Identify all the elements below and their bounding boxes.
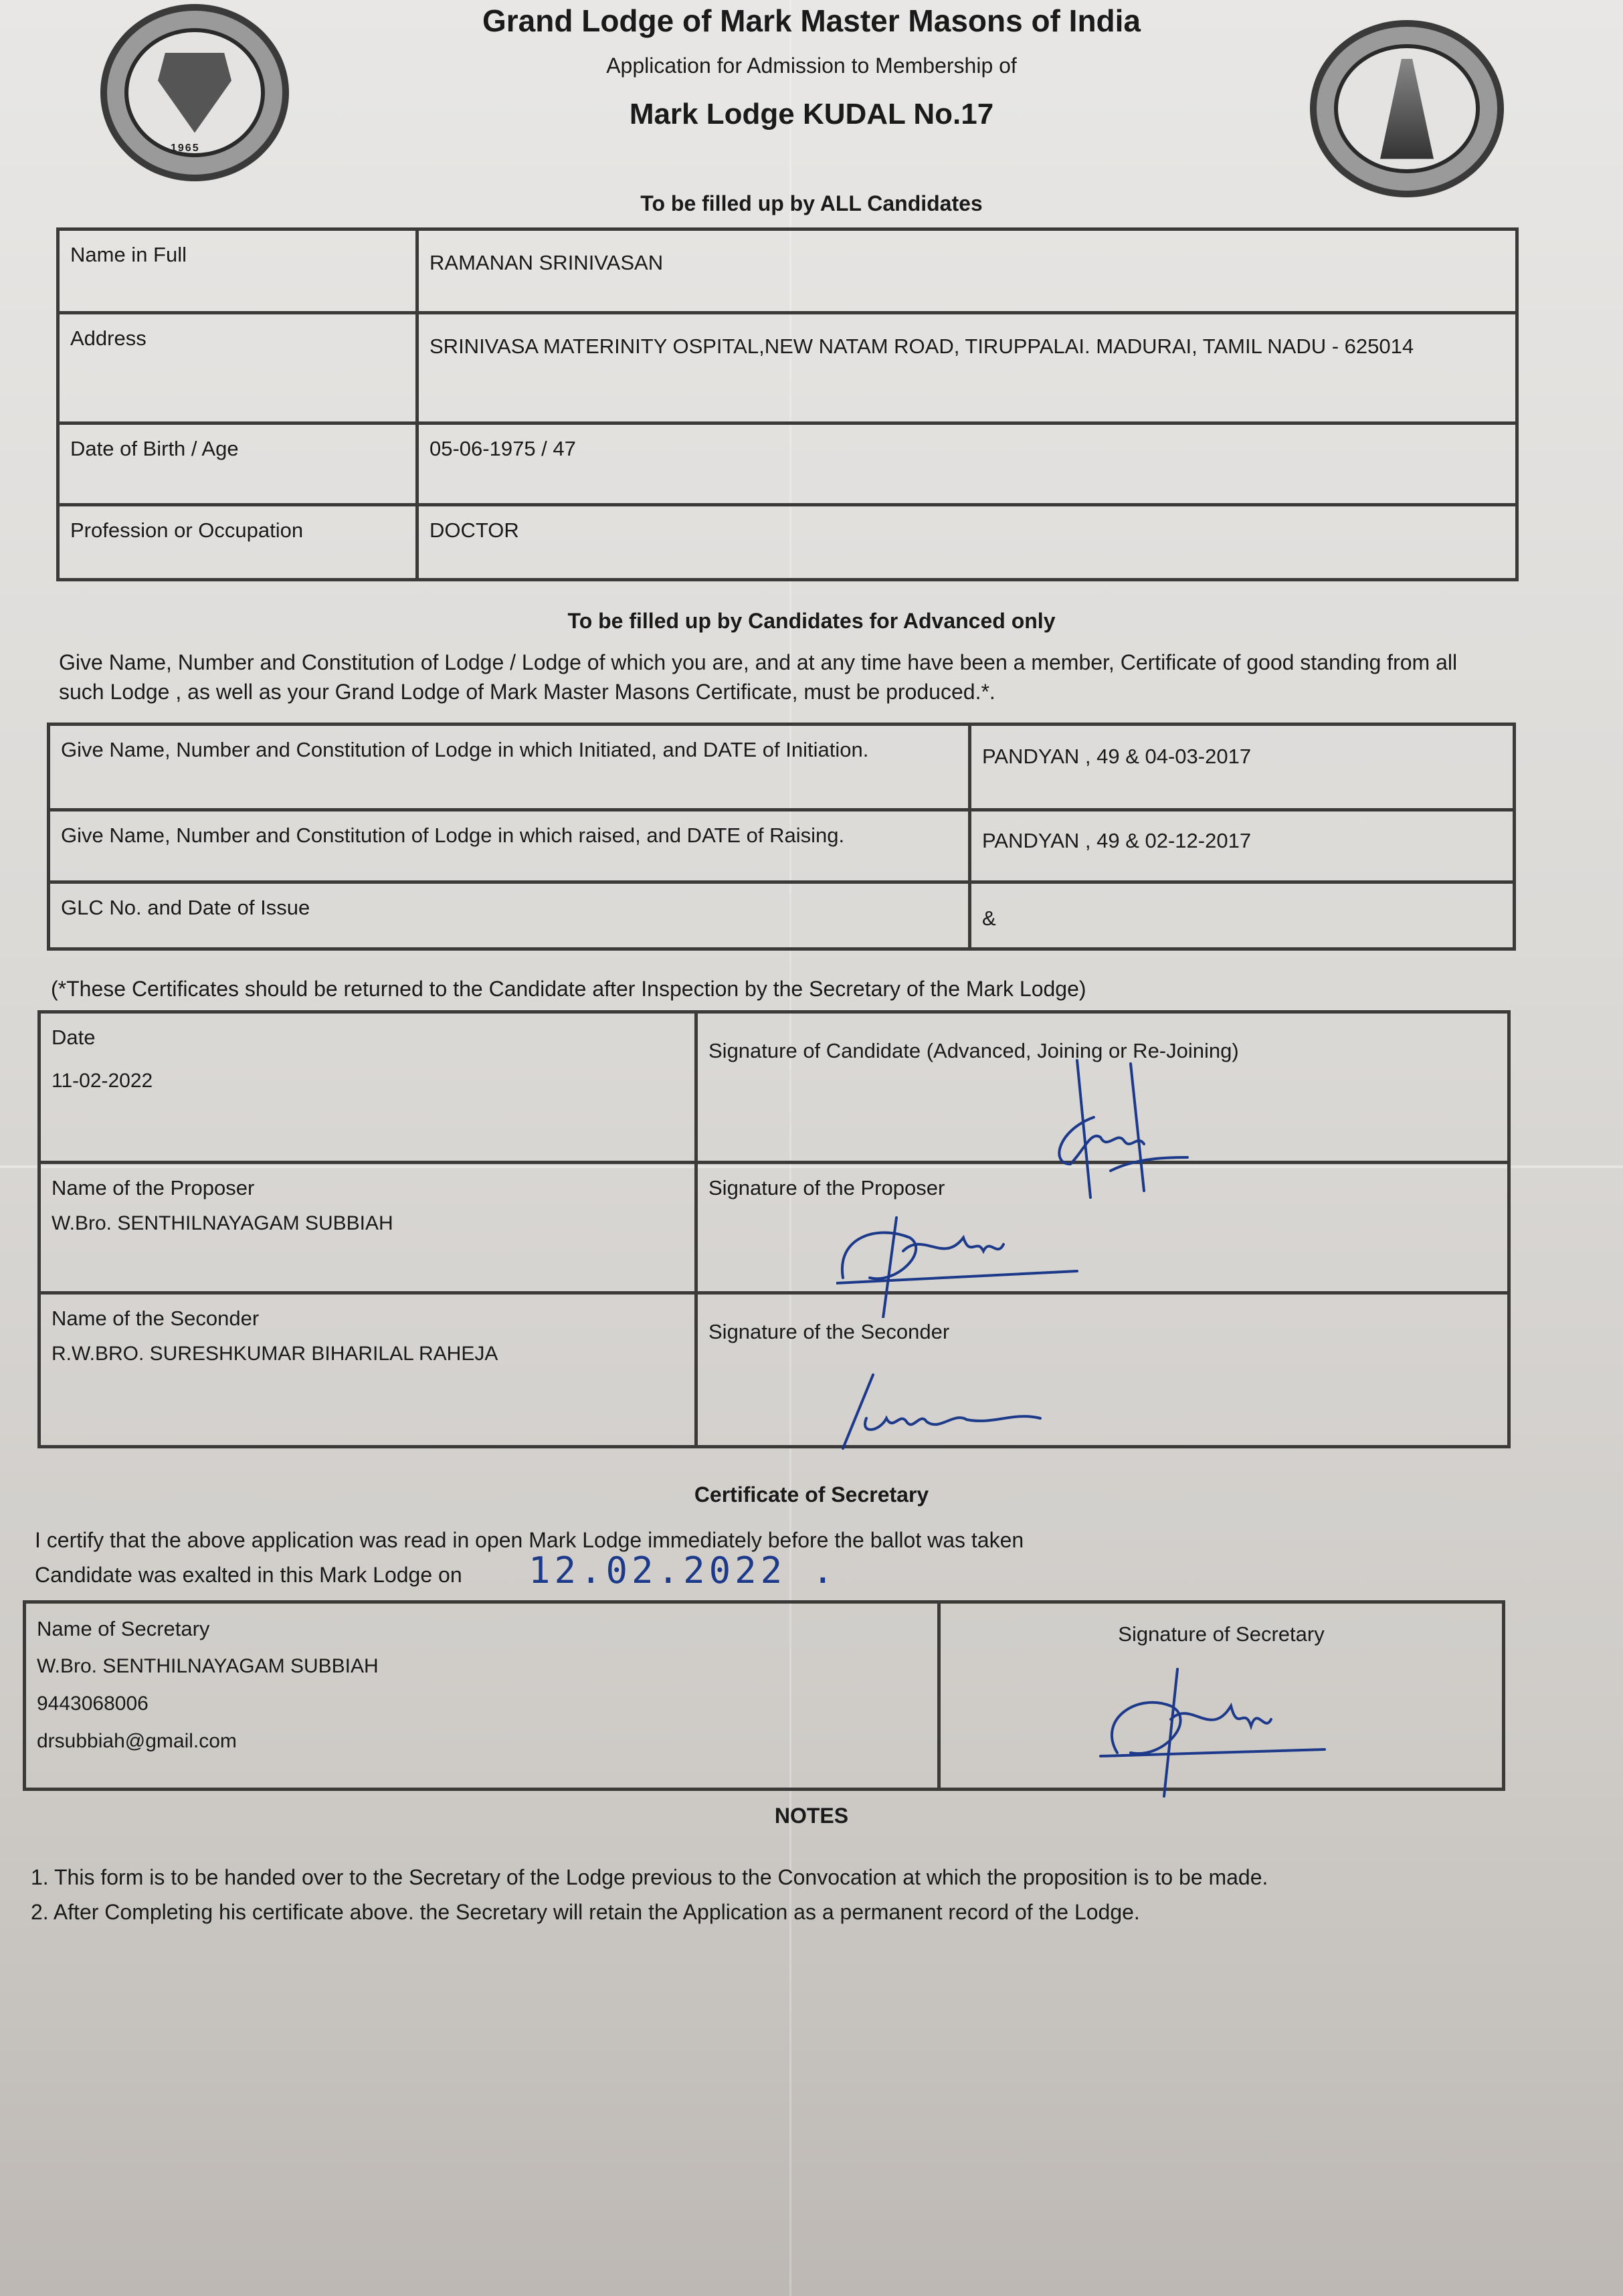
table-row: Profession or Occupation DOCTOR: [58, 505, 1517, 580]
profession-field[interactable]: DOCTOR: [417, 505, 1517, 580]
table-row: GLC No. and Date of Issue &: [49, 882, 1515, 949]
address-field[interactable]: SRINIVASA MATERINITY OSPITAL,NEW NATAM R…: [417, 313, 1517, 423]
secretary-signature-icon: [1097, 1666, 1338, 1800]
note-item-2: 2. After Completing his certificate abov…: [31, 1897, 1503, 1927]
seconder-name-field[interactable]: R.W.BRO. SURESHKUMAR BIHARILAL RAHEJA: [52, 1343, 684, 1365]
date-label: Date: [52, 1026, 684, 1050]
name-in-full-field[interactable]: RAMANAN SRINIVASAN: [417, 229, 1517, 313]
seal-year: 1965: [171, 142, 200, 155]
secretary-phone-field[interactable]: 9443068006: [37, 1685, 927, 1723]
table-row: Date of Birth / Age 05-06-1975 / 47: [58, 423, 1517, 505]
seconder-label: Name of the Seconder: [52, 1307, 684, 1331]
table-row: Name of the Proposer W.Bro. SENTHILNAYAG…: [39, 1163, 1509, 1293]
field-label: Date of Birth / Age: [58, 423, 417, 505]
field-label: Address: [58, 313, 417, 423]
certificates-footnote: (*These Certificates should be returned …: [51, 974, 1509, 1003]
secretary-signature-label: Signature of Secretary: [951, 1622, 1491, 1646]
table-row: Name in Full RAMANAN SRINIVASAN: [58, 229, 1517, 313]
table-row: Give Name, Number and Constitution of Lo…: [49, 810, 1515, 882]
secretary-certificate-heading: Certificate of Secretary: [0, 1482, 1623, 1507]
date-field[interactable]: 11-02-2022: [52, 1070, 684, 1092]
proposer-label: Name of the Proposer: [52, 1176, 684, 1200]
seconder-signature-cell: Signature of the Seconder: [696, 1293, 1509, 1447]
field-label: Name in Full: [58, 229, 417, 313]
seconder-cell: Name of the Seconder R.W.BRO. SURESHKUMA…: [39, 1293, 696, 1447]
section-advanced-heading: To be filled up by Candidates for Advanc…: [0, 609, 1623, 634]
table-row: Date 11-02-2022 Signature of Candidate (…: [39, 1012, 1509, 1163]
candidate-details-table: Name in Full RAMANAN SRINIVASAN Address …: [56, 227, 1519, 581]
secretary-email-field[interactable]: drsubbiah@gmail.com: [37, 1723, 927, 1760]
advanced-details-table: Give Name, Number and Constitution of Lo…: [47, 723, 1516, 951]
field-label: Give Name, Number and Constitution of Lo…: [49, 810, 970, 882]
seconder-signature-icon: [840, 1371, 1094, 1452]
initiation-field[interactable]: PANDYAN , 49 & 04-03-2017: [970, 725, 1515, 810]
raising-field[interactable]: PANDYAN , 49 & 02-12-2017: [970, 810, 1515, 882]
notes-heading: NOTES: [0, 1804, 1623, 1828]
document-subtitle: Application for Admission to Membership …: [0, 54, 1623, 78]
proposer-name-field[interactable]: W.Bro. SENTHILNAYAGAM SUBBIAH: [52, 1212, 684, 1235]
table-row: Give Name, Number and Constitution of Lo…: [49, 725, 1515, 810]
secretary-details-cell: Name of Secretary W.Bro. SENTHILNAYAGAM …: [25, 1602, 939, 1790]
lodge-name: Mark Lodge KUDAL No.17: [0, 98, 1623, 131]
seconder-signature-label: Signature of the Seconder: [708, 1320, 1497, 1344]
candidate-signature-icon: [1044, 1057, 1271, 1218]
table-row: Name of the Seconder R.W.BRO. SURESHKUMA…: [39, 1293, 1509, 1447]
document-title: Grand Lodge of Mark Master Masons of Ind…: [0, 3, 1623, 39]
exalted-text: Candidate was exalted in this Mark Lodge…: [35, 1560, 462, 1590]
signatures-table: Date 11-02-2022 Signature of Candidate (…: [37, 1010, 1511, 1448]
secretary-name-label: Name of Secretary: [37, 1610, 927, 1648]
proposer-signature-icon: [836, 1211, 1090, 1318]
dob-age-field[interactable]: 05-06-1975 / 47: [417, 423, 1517, 505]
date-cell: Date 11-02-2022: [39, 1012, 696, 1163]
field-label: Give Name, Number and Constitution of Lo…: [49, 725, 970, 810]
advanced-instructions: Give Name, Number and Constitution of Lo…: [59, 648, 1504, 706]
field-label: GLC No. and Date of Issue: [49, 882, 970, 949]
field-label: Profession or Occupation: [58, 505, 417, 580]
glc-field[interactable]: &: [970, 882, 1515, 949]
proposer-cell: Name of the Proposer W.Bro. SENTHILNAYAG…: [39, 1163, 696, 1293]
secretary-name-field[interactable]: W.Bro. SENTHILNAYAGAM SUBBIAH: [37, 1648, 927, 1685]
exalted-date-field[interactable]: 12.02.2022 .: [529, 1549, 838, 1592]
note-item-1: 1. This form is to be handed over to the…: [31, 1862, 1503, 1892]
table-row: Address SRINIVASA MATERINITY OSPITAL,NEW…: [58, 313, 1517, 423]
section-all-heading: To be filled up by ALL Candidates: [0, 191, 1623, 216]
